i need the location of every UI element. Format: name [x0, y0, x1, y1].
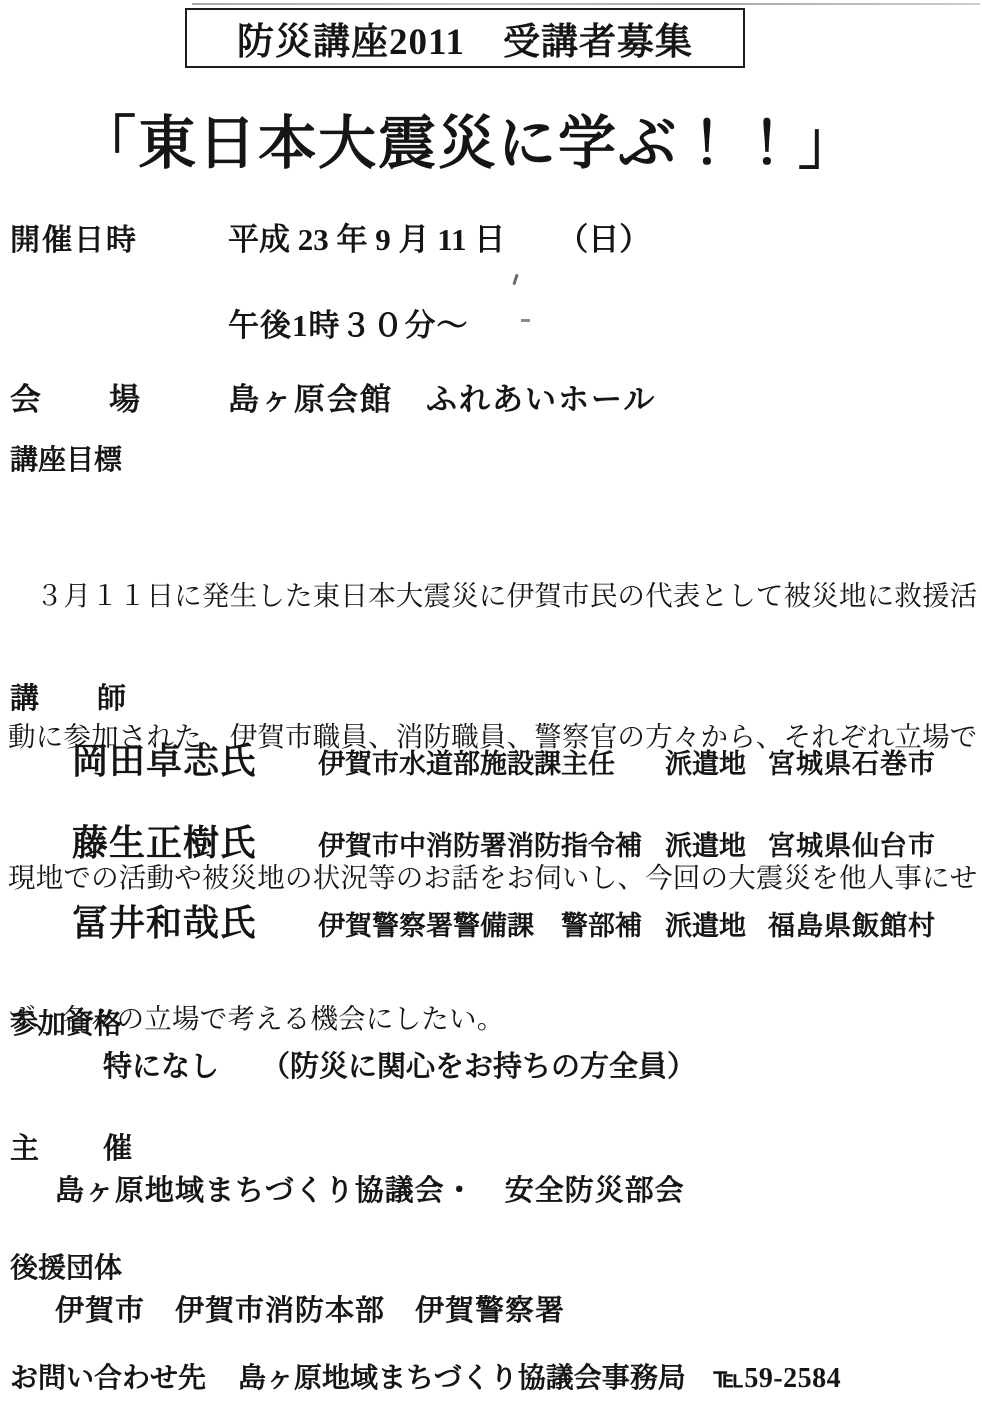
eligibility-value: 特になし: [103, 1044, 219, 1085]
schedule-day: （日）: [557, 214, 650, 259]
venue-label: 会 場: [10, 374, 228, 419]
lecturer-title: 伊賀市水道部施設課主任: [318, 742, 665, 781]
page-title: 「東日本大震災に学ぶ！！」: [78, 100, 858, 188]
lecturer-name: 冨井和哉氏: [72, 895, 318, 946]
schedule-label: 開催日時: [10, 215, 228, 259]
objective-line: ３月１１日に発生した東日本大震災に伊賀市民の代表として被災地に救援活: [8, 572, 980, 619]
dispatch-label: 派遣地: [665, 824, 768, 863]
organizer-label: 主 催: [10, 1126, 134, 1167]
venue-row: 会 場 島ヶ原会館 ふれあいホール: [10, 374, 656, 419]
supporters-label: 後援団体: [10, 1246, 122, 1286]
lecturer-name: 藤生正樹氏: [72, 815, 318, 866]
objective-label: 講座目標: [10, 438, 122, 478]
eligibility-note: （防災に関心をお持ちの方全員）: [261, 1044, 696, 1085]
lecturers-label: 講 師: [10, 676, 126, 717]
organizer-value: 島ヶ原地域まちづくり協議会・ 安全防災部会: [55, 1168, 685, 1209]
lecturer-row: 冨井和哉氏 伊賀警察署警備課 警部補 派遣地 福島県飯館村: [0, 895, 982, 946]
dispatch-location: 宮城県石巻市: [768, 742, 936, 781]
lecturer-name: 岡田卓志氏: [72, 733, 318, 784]
supporters-value: 伊賀市 伊賀市消防本部 伊賀警察署: [55, 1288, 565, 1329]
objective-line: ず、各々の立場で考える機会にしたい。: [8, 995, 980, 1042]
lecturer-title: 伊賀市中消防署消防指令補: [318, 824, 665, 863]
scan-artifact-top-line: [192, 3, 980, 5]
scanned-flyer-page: { "header": { "box_title": "防災講座2011 受講者…: [0, 0, 982, 1401]
contact-label: お問い合わせ先: [10, 1356, 206, 1396]
header-box: 防災講座2011 受講者募集: [185, 8, 745, 68]
schedule-date: 平成 23 年 9 月 11 日: [228, 214, 505, 259]
dispatch-label: 派遣地: [665, 742, 768, 781]
lecturer-row: 岡田卓志氏 伊賀市水道部施設課主任 派遣地 宮城県石巻市: [0, 733, 982, 784]
contact-office: 島ヶ原地域まちづくり協議会事務局: [238, 1356, 686, 1396]
schedule-row: 開催日時 平成 23 年 9 月 11 日 （日）: [10, 214, 650, 259]
schedule-time: 午後1時３０分～: [228, 300, 469, 345]
venue-value: 島ヶ原会館 ふれあいホール: [228, 374, 656, 419]
dispatch-label: 派遣地: [665, 904, 768, 943]
dispatch-location: 福島県飯館村: [768, 904, 936, 943]
eligibility-label: 参加資格: [10, 1002, 122, 1042]
lecturer-row: 藤生正樹氏 伊賀市中消防署消防指令補 派遣地 宮城県仙台市: [0, 815, 982, 866]
lecturer-title: 伊賀警察署警備課 警部補: [318, 904, 665, 943]
contact-row: お問い合わせ先 島ヶ原地域まちづくり協議会事務局 ℡59-2584: [10, 1356, 841, 1396]
contact-tel: ℡59-2584: [714, 1361, 841, 1395]
scan-artifact-tick: [512, 274, 518, 285]
dispatch-location: 宮城県仙台市: [768, 824, 936, 863]
scan-artifact-dash: [521, 319, 530, 322]
header-box-title: 防災講座2011 受講者募集: [237, 11, 693, 65]
eligibility-line: 特になし （防災に関心をお持ちの方全員）: [103, 1044, 696, 1085]
